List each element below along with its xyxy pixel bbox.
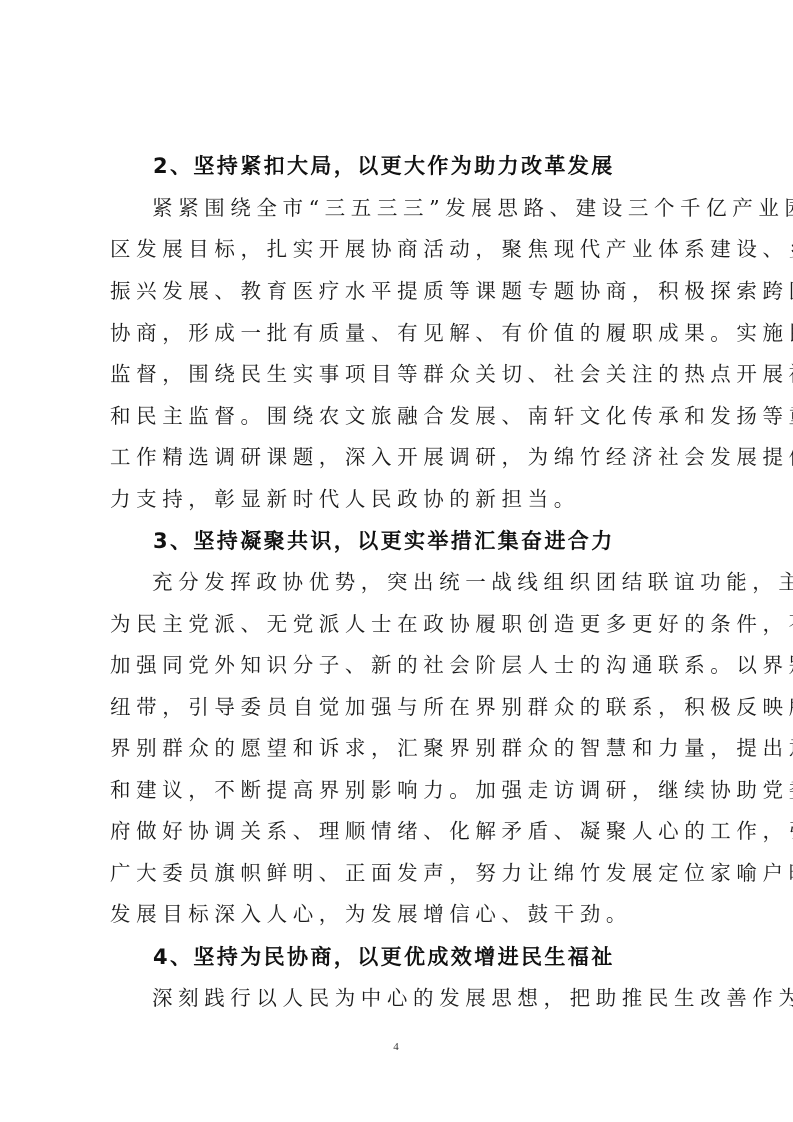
paragraph-line: 充分发挥政协优势，突出统一战线组织团结联谊功能，主动 (152, 566, 700, 598)
paragraph-line: 紧紧围绕全市“三五三三”发展思路、建设三个千亿产业园 (152, 192, 700, 224)
paragraph-line: 深刻践行以人民为中心的发展思想，把助推民生改善作为履 (152, 982, 700, 1014)
paragraph-line: 振兴发展、教育医疗水平提质等课题专题协商，积极探索跨区域 (110, 275, 700, 307)
section-heading-3: 3、坚持凝聚共识，以更实举措汇集奋进合力 (153, 524, 615, 558)
paragraph-line: 力支持，彰显新时代人民政协的新担当。 (110, 483, 700, 515)
paragraph-line: 协商，形成一批有质量、有见解、有价值的履职成果。实施民主 (110, 317, 700, 349)
paragraph-line: 工作精选调研课题，深入开展调研，为绵竹经济社会发展提供智 (110, 441, 700, 473)
paragraph-line: 和建议，不断提高界别影响力。加强走访调研，继续协助党委政 (110, 774, 700, 806)
paragraph-line: 为民主党派、无党派人士在政协履职创造更多更好的条件，不断 (110, 608, 700, 640)
paragraph-line: 广大委员旗帜鲜明、正面发声，努力让绵竹发展定位家喻户晓、 (110, 857, 700, 889)
paragraph-line: 区发展目标，扎实开展协商活动，聚焦现代产业体系建设、乡村 (110, 233, 700, 265)
section-heading-4: 4、坚持为民协商，以更优成效增进民生福祉 (153, 940, 615, 974)
paragraph-line: 纽带，引导委员自觉加强与所在界别群众的联系，积极反映所在 (110, 691, 700, 723)
paragraph-line: 加强同党外知识分子、新的社会阶层人士的沟通联系。以界别为 (110, 649, 700, 681)
paragraph-line: 府做好协调关系、理顺情绪、化解矛盾、凝聚人心的工作，引导 (110, 815, 700, 847)
paragraph-line: 监督，围绕民生实事项目等群众关切、社会关注的热点开展视察 (110, 358, 700, 390)
paragraph-line: 界别群众的愿望和诉求，汇聚界别群众的智慧和力量，提出意见 (110, 732, 700, 764)
section-heading-2: 2、坚持紧扣大局，以更大作为助力改革发展 (153, 149, 615, 183)
paragraph-line: 和民主监督。围绕农文旅融合发展、南轩文化传承和发扬等重点 (110, 400, 700, 432)
page-number: 4 (386, 1041, 406, 1053)
paragraph-line: 发展目标深入人心，为发展增信心、鼓干劲。 (110, 898, 700, 930)
document-page: 2、坚持紧扣大局，以更大作为助力改革发展 紧紧围绕全市“三五三三”发展思路、建设… (0, 0, 793, 1122)
